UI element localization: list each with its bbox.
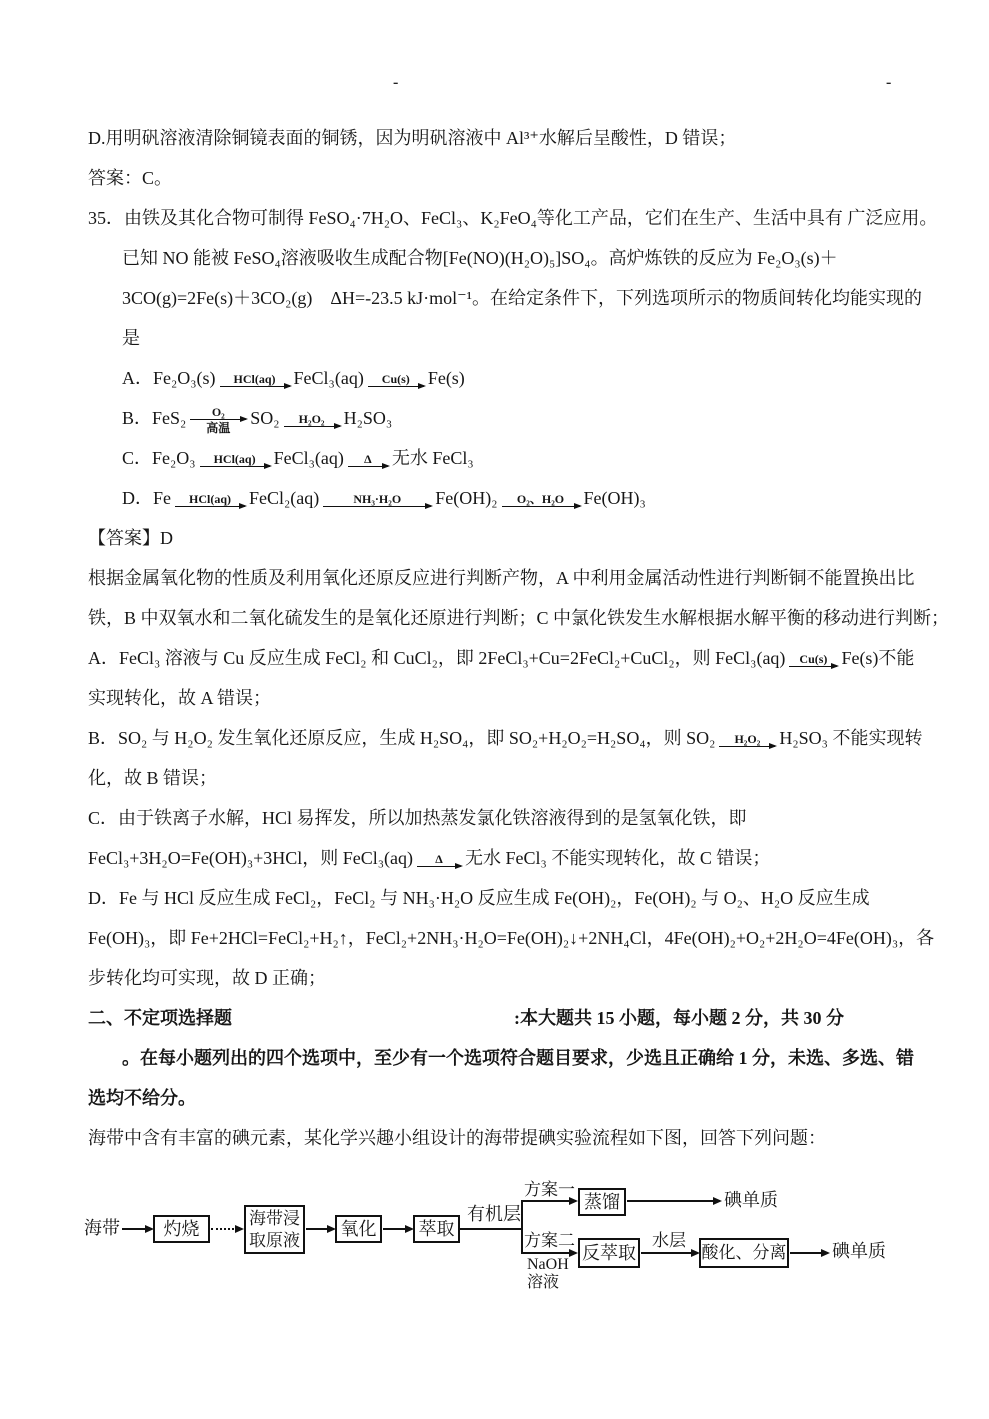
header-dash-left: - bbox=[393, 74, 398, 92]
text-run: SO₂ bbox=[250, 408, 279, 428]
flow-plan2-label: 方案二 bbox=[524, 1231, 575, 1251]
arrow-condition-above: O₂ bbox=[210, 406, 227, 418]
flow-iodine-top-label: 碘单质 bbox=[724, 1190, 778, 1211]
arrow-shaft bbox=[719, 746, 775, 747]
arrow-plan2-to-backextract bbox=[521, 1252, 576, 1254]
reaction-arrow: Cu(s) bbox=[368, 373, 424, 387]
text-run: 步转化均可实现，故 D 正确； bbox=[88, 968, 326, 988]
arrow-condition-above: O₂、H₂O bbox=[515, 493, 566, 505]
text-run: Fe(s) bbox=[428, 368, 465, 388]
flow-naoh-label: NaOH 溶液 bbox=[527, 1256, 569, 1293]
text-run: 实现转化，故 A 错误； bbox=[88, 688, 271, 708]
arrow-shaft bbox=[220, 386, 290, 387]
arrow-condition-above: Δ bbox=[433, 853, 445, 865]
text-line: 是 bbox=[88, 318, 983, 358]
flow-iodine-bottom-label: 碘单质 bbox=[832, 1241, 886, 1262]
arrow-condition-above: HCl(aq) bbox=[212, 453, 258, 465]
reaction-arrow: HCl(aq) bbox=[175, 493, 245, 507]
flow-box-extract: 萃取 bbox=[413, 1215, 460, 1243]
text-line: A．Fe₂O₃(s)HCl(aq)FeCl₃(aq)Cu(s)Fe(s) bbox=[88, 358, 983, 398]
text-run: D.用明矾溶液清除铜镜表面的铜锈，因为明矾溶液中 Al³⁺水解后呈酸性，D 错误… bbox=[88, 128, 736, 148]
text-line: D．Fe 与 HCl 反应生成 FeCl₂，FeCl₂ 与 NH₃·H₂O 反应… bbox=[88, 878, 983, 918]
reaction-arrow: NH₃·H₂O bbox=[323, 493, 431, 507]
text-run: Fe(s)不能 bbox=[841, 648, 914, 668]
text-run: B．FeS₂ bbox=[122, 408, 186, 428]
arrow-acidify-to-iodine bbox=[790, 1252, 828, 1254]
text-line: 实现转化，故 A 错误； bbox=[88, 678, 983, 718]
arrow-shaft bbox=[348, 466, 388, 467]
text-run: D．Fe bbox=[122, 488, 171, 508]
flow-water-layer-label: 水层 bbox=[652, 1231, 686, 1251]
text-run: 根据金属氧化物的性质及利用氧化还原反应进行判断产物，A 中利用金属活动性进行判断… bbox=[88, 568, 915, 588]
text-line: 铁，B 中双氧水和二氧化硫发生的是氧化还原进行判断；C 中氯化铁发生水解根据水解… bbox=[88, 598, 983, 638]
text-run: D．Fe 与 HCl 反应生成 FeCl₂，FeCl₂ 与 NH₃·H₂O 反应… bbox=[88, 888, 870, 908]
text-run: A．Fe₂O₃(s) bbox=[122, 368, 216, 388]
reaction-arrow: Cu(s) bbox=[789, 653, 837, 667]
text-line: 二、不定项选择题:本大题共 15 小题，每小题 2 分，共 30 分 bbox=[88, 998, 983, 1038]
text-line: B．FeS₂O₂高温SO₂H₂O₂H₂SO₃ bbox=[88, 398, 983, 438]
text-run: 无水 FeCl₃ bbox=[392, 448, 474, 468]
exam-page: - - D.用明矾溶液清除铜镜表面的铜锈，因为明矾溶液中 Al³⁺水解后呈酸性，… bbox=[0, 0, 989, 1419]
arrow-condition-above: NH₃·H₂O bbox=[351, 493, 403, 505]
header-dash-right: - bbox=[886, 74, 891, 92]
text-line: B．SO₂ 与 H₂O₂ 发生氧化还原反应，生成 H₂SO₄，即 SO₂+H₂O… bbox=[88, 718, 983, 758]
text-run: C．Fe₂O₃ bbox=[122, 448, 196, 468]
text-run: FeCl₃(aq) bbox=[294, 368, 364, 388]
arrow-condition-above: H₂O₂ bbox=[297, 413, 327, 425]
text-run: 化，故 B 错误； bbox=[88, 768, 217, 788]
text-run: 二、不定项选择题 bbox=[88, 1008, 232, 1028]
flow-organic-layer-label: 有机层 bbox=[467, 1204, 521, 1225]
text-run: Fe(OH)₂ bbox=[435, 488, 497, 508]
text-line: 35．由铁及其化合物可制得 FeSO₄·7H₂O、FeCl₃、K₂FeO₄等化工… bbox=[88, 198, 983, 238]
arrow-source-to-burn bbox=[122, 1228, 152, 1230]
reaction-arrow: HCl(aq) bbox=[200, 453, 270, 467]
arrow-oxidize-to-extract bbox=[383, 1228, 412, 1230]
text-line: 海带中含有丰富的碘元素，某化学兴趣小组设计的海带提碘实验流程如下图，回答下列问题… bbox=[88, 1118, 983, 1158]
text-line: D．FeHCl(aq)FeCl₂(aq)NH₃·H₂OFe(OH)₂O₂、H₂O… bbox=[88, 478, 983, 518]
text-line: A．FeCl₃ 溶液与 Cu 反应生成 FeCl₂ 和 CuCl₂，即 2FeC… bbox=[88, 638, 983, 678]
text-run: 是 bbox=[122, 328, 140, 348]
arrow-shaft bbox=[417, 866, 461, 867]
text-run: Fe(OH)₃ bbox=[584, 488, 646, 508]
arrow-backextract-to-acidify bbox=[641, 1252, 698, 1254]
flow-box-soak: 海带浸取原液 bbox=[244, 1205, 305, 1254]
text-run: C．由于铁离子水解，HCl 易挥发，所以加热蒸发氯化铁溶液得到的是氢氧化铁，即 bbox=[88, 808, 747, 828]
reaction-arrow: O₂高温 bbox=[190, 406, 246, 434]
arrow-condition-above: H₂O₂ bbox=[732, 733, 762, 745]
text-run: 。在每小题列出的四个选项中，至少有一个选项符合题目要求，少选且正确给 1 分，未… bbox=[122, 1048, 914, 1068]
arrow-soak-to-oxidize bbox=[306, 1228, 334, 1230]
flow-plan1-label: 方案一 bbox=[524, 1180, 575, 1200]
text-line: 【答案】D bbox=[88, 518, 983, 558]
flow-box-back-extract: 反萃取 bbox=[578, 1238, 640, 1268]
text-run: 答案：C。 bbox=[88, 168, 172, 188]
text-line: 答案：C。 bbox=[88, 158, 983, 198]
flow-box-burn: 灼烧 bbox=[153, 1215, 210, 1243]
flow-box-distill: 蒸馏 bbox=[578, 1188, 626, 1216]
arrow-shaft bbox=[368, 386, 424, 387]
text-run: A．FeCl₃ 溶液与 Cu 反应生成 FeCl₂ 和 CuCl₂，即 2FeC… bbox=[88, 648, 785, 668]
text-run: H₂SO₃ bbox=[344, 408, 393, 428]
text-run: 【答案】D bbox=[88, 528, 173, 548]
reaction-arrow: H₂O₂ bbox=[284, 413, 340, 427]
text-line: FeCl₃+3H₂O=Fe(OH)₃+3HCl，则 FeCl₃(aq)Δ无水 F… bbox=[88, 838, 983, 878]
arrow-shaft bbox=[175, 506, 245, 507]
text-run: 海带中含有丰富的碘元素，某化学兴趣小组设计的海带提碘实验流程如下图，回答下列问题… bbox=[88, 1128, 826, 1148]
flow-box-acidify-separate: 酸化、分离 bbox=[699, 1238, 789, 1268]
text-line: C．由于铁离子水解，HCl 易挥发，所以加热蒸发氯化铁溶液得到的是氢氧化铁，即 bbox=[88, 798, 983, 838]
arrow-shaft bbox=[789, 666, 837, 667]
text-run: FeCl₃(aq) bbox=[274, 448, 344, 468]
iodine-extraction-flowchart: 海带 灼烧 海带浸取原液 氧化 萃取 有机层 方案一 蒸馏 碘单质 方案二 Na… bbox=[0, 1180, 989, 1320]
arrow-shaft bbox=[323, 506, 431, 507]
arrow-condition-below: 高温 bbox=[206, 422, 230, 434]
reaction-arrow: H₂O₂ bbox=[719, 733, 775, 747]
arrow-shaft bbox=[284, 426, 340, 427]
text-run: Fe(OH)₃，即 Fe+2HCl=FeCl₂+H₂↑，FeCl₂+2NH₃·H… bbox=[88, 928, 934, 948]
text-run: 35．由铁及其化合物可制得 FeSO₄·7H₂O、FeCl₃、K₂FeO₄等化工… bbox=[88, 208, 937, 228]
text-run: H₂SO₃ 不能实现转 bbox=[779, 728, 922, 748]
text-line: Fe(OH)₃，即 Fe+2HCl=FeCl₂+H₂↑，FeCl₂+2NH₃·H… bbox=[88, 918, 983, 958]
text-line: 已知 NO 能被 FeSO₄溶液吸收生成配合物[Fe(NO)(H₂O)₅]SO₄… bbox=[88, 238, 983, 278]
text-run: B．SO₂ 与 H₂O₂ 发生氧化还原反应，生成 H₂SO₄，即 SO₂+H₂O… bbox=[88, 728, 715, 748]
reaction-arrow: O₂、H₂O bbox=[502, 493, 580, 507]
arrow-distill-to-iodine bbox=[627, 1200, 720, 1202]
text-line: 根据金属氧化物的性质及利用氧化还原反应进行判断产物，A 中利用金属活动性进行判断… bbox=[88, 558, 983, 598]
flow-source-label: 海带 bbox=[84, 1218, 120, 1239]
text-line: D.用明矾溶液清除铜镜表面的铜锈，因为明矾溶液中 Al³⁺水解后呈酸性，D 错误… bbox=[88, 118, 983, 158]
branch-vertical-line bbox=[521, 1200, 523, 1254]
text-run: 铁，B 中双氧水和二氧化硫发生的是氧化还原进行判断；C 中氯化铁发生水解根据水解… bbox=[88, 608, 949, 628]
reaction-arrow: Δ bbox=[348, 453, 388, 467]
text-run: 选均不给分。 bbox=[88, 1088, 196, 1108]
reaction-arrow: Δ bbox=[417, 853, 461, 867]
arrow-shaft bbox=[502, 506, 580, 507]
text-run: 3CO(g)=2Fe(s)＋3CO₂(g) ΔH=-23.5 kJ·mol⁻¹。… bbox=[122, 288, 922, 308]
document-text: D.用明矾溶液清除铜镜表面的铜锈，因为明矾溶液中 Al³⁺水解后呈酸性，D 错误… bbox=[88, 118, 983, 1158]
arrow-condition-above: Cu(s) bbox=[797, 653, 829, 665]
text-run: FeCl₃+3H₂O=Fe(OH)₃+3HCl，则 FeCl₃(aq) bbox=[88, 848, 413, 868]
arrow-burn-to-soak bbox=[211, 1228, 242, 1230]
text-line: 选均不给分。 bbox=[88, 1078, 983, 1118]
arrow-condition-above: Δ bbox=[362, 453, 374, 465]
arrow-condition-above: Cu(s) bbox=[380, 373, 412, 385]
reaction-arrow: HCl(aq) bbox=[220, 373, 290, 387]
text-line: 。在每小题列出的四个选项中，至少有一个选项符合题目要求，少选且正确给 1 分，未… bbox=[88, 1038, 983, 1078]
text-line: 化，故 B 错误； bbox=[88, 758, 983, 798]
text-line: 3CO(g)=2Fe(s)＋3CO₂(g) ΔH=-23.5 kJ·mol⁻¹。… bbox=[88, 278, 983, 318]
text-line: 步转化均可实现，故 D 正确； bbox=[88, 958, 983, 998]
arrow-shaft bbox=[190, 419, 246, 420]
text-run: :本大题共 15 小题，每小题 2 分，共 30 分 bbox=[514, 1008, 844, 1028]
arrow-condition-above: HCl(aq) bbox=[232, 373, 278, 385]
text-run: FeCl₂(aq) bbox=[249, 488, 319, 508]
flow-box-oxidize: 氧化 bbox=[335, 1215, 382, 1243]
text-line: C．Fe₂O₃HCl(aq)FeCl₃(aq)Δ无水 FeCl₃ bbox=[88, 438, 983, 478]
line-extract-to-branch bbox=[460, 1228, 523, 1230]
text-run: 已知 NO 能被 FeSO₄溶液吸收生成配合物[Fe(NO)(H₂O)₅]SO₄… bbox=[122, 248, 838, 268]
arrow-shaft bbox=[200, 466, 270, 467]
arrow-plan1-to-distill bbox=[521, 1200, 576, 1202]
text-run: 无水 FeCl₃ 不能实现转化，故 C 错误； bbox=[465, 848, 770, 868]
arrow-condition-above: HCl(aq) bbox=[187, 493, 233, 505]
